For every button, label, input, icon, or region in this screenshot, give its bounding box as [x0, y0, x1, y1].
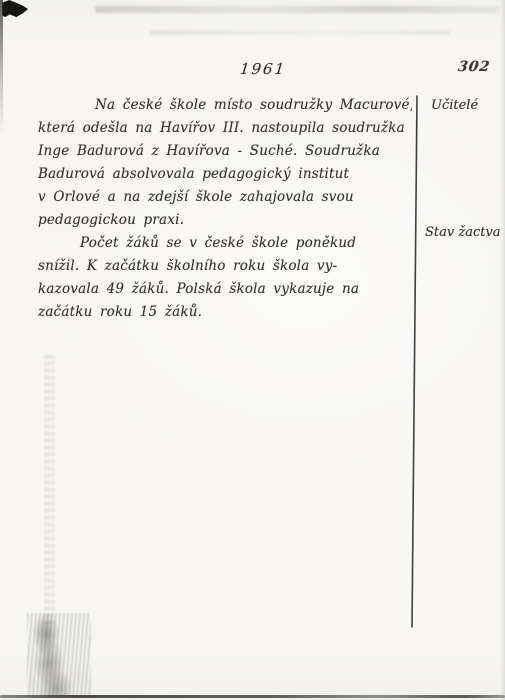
- year-heading: 1961: [239, 60, 287, 78]
- page-number: 302: [457, 59, 491, 75]
- scanned-document-page: 1961 302 Na české škole místo soudružky …: [0, 0, 505, 700]
- corner-tear-artifact: [2, 0, 28, 18]
- handwritten-body: Na české škole místo soudružky Macurové,…: [38, 94, 412, 324]
- handwritten-line: Počet žáků se v české škole poněkud: [38, 232, 412, 255]
- handwritten-line: Na české škole místo soudružky Macurové,: [38, 94, 412, 117]
- top-scan-streak-faint: [150, 30, 450, 35]
- right-edge-shade: [500, 0, 505, 700]
- handwritten-line: pedagogickou praxi.: [38, 209, 412, 232]
- left-noise-band-artifact: [44, 355, 55, 625]
- handwritten-line: začátku roku 15 žáků.: [38, 301, 412, 324]
- margin-note-pupil-count: Stav žactva: [425, 225, 501, 240]
- handwritten-line: Inge Badurová z Havířova - Suché. Soudru…: [38, 140, 412, 163]
- page-bottom-edge-line: [0, 695, 505, 698]
- handwritten-line: v Orlové a na zdejší škole zahajovala sv…: [38, 186, 412, 209]
- handwritten-line: která odešla na Havířov III. nastoupila …: [38, 117, 412, 140]
- handwritten-line: Badurová absolvovala pedagogický institu…: [38, 163, 412, 186]
- margin-note-teachers: Učitelé: [431, 98, 478, 113]
- left-edge-scan-strip: [0, 0, 3, 135]
- top-scan-streak: [95, 6, 500, 13]
- handwritten-line: snížil. K začátku školního roku škola vy…: [38, 255, 412, 278]
- handwritten-line: kazovala 49 žáků. Polská škola vykazuje …: [38, 278, 412, 301]
- bottom-smudge-artifact: [27, 613, 91, 697]
